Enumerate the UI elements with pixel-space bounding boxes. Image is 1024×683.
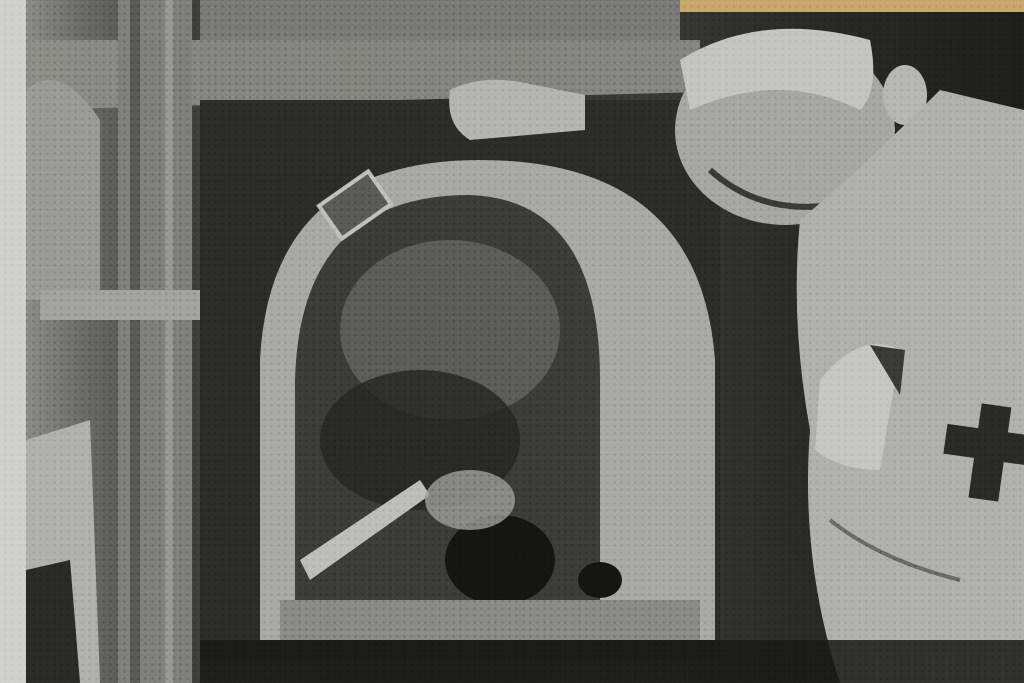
photograph [0, 0, 1024, 683]
photo-scene [0, 0, 1024, 683]
furnace-sill [280, 600, 700, 640]
vertical-pipe [118, 0, 192, 683]
